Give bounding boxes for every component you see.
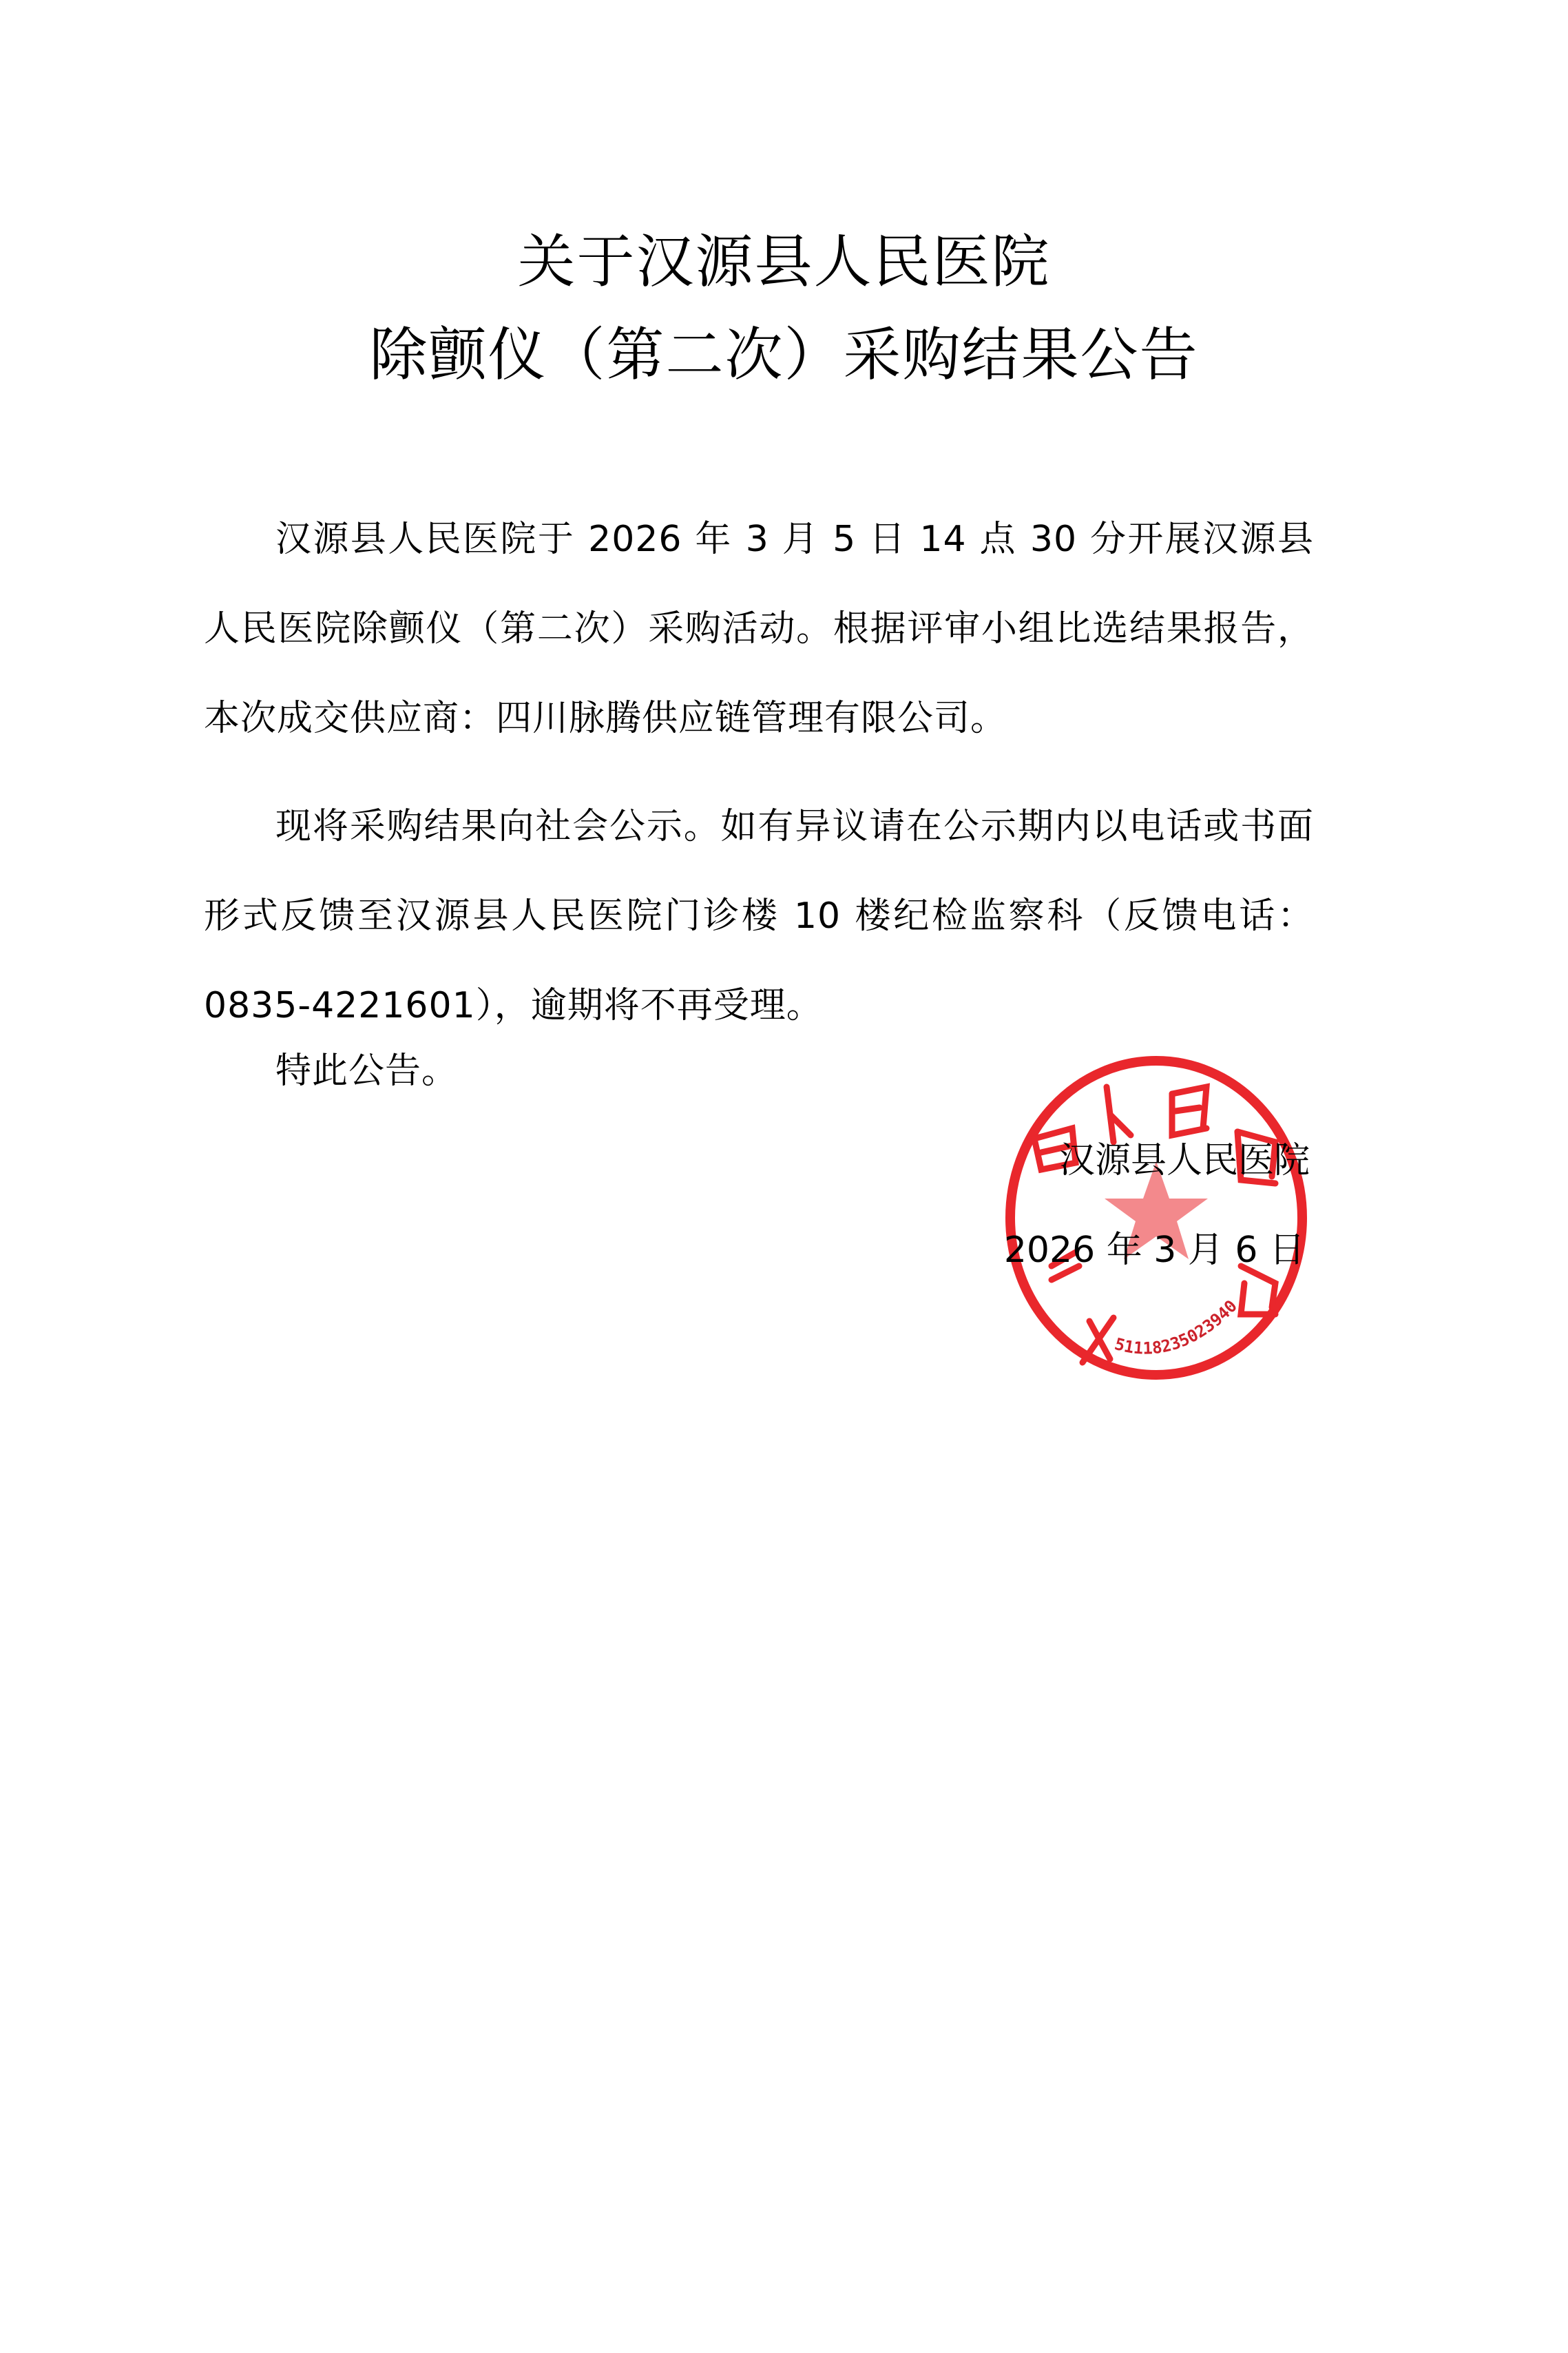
official-seal-icon: 51118235023940 xyxy=(1000,1046,1313,1383)
title-line-2: 除颤仪（第二次）采购结果公告 xyxy=(0,320,1568,389)
document-page: 关于汉源县人民医院 除颤仪（第二次）采购结果公告 汉源县人民医院于 2026 年… xyxy=(0,0,1568,2353)
signature-organization: 汉源县人民医院 xyxy=(1059,1137,1310,1185)
paragraph-procurement-result: 汉源县人民医院于 2026 年 3 月 5 日 14 点 30 分开展汉源县人民… xyxy=(204,495,1314,763)
paragraph-objection-notice: 现将采购结果向社会公示。如有异议请在公示期内以电话或书面形式反馈至汉源县人民医院… xyxy=(204,782,1314,1050)
svg-text:51118235023940: 51118235023940 xyxy=(1113,1296,1242,1358)
stamp-serial-number: 51118235023940 xyxy=(1113,1296,1242,1358)
title-line-1: 关于汉源县人民医院 xyxy=(0,227,1568,296)
signature-date: 2026 年 3 月 6 日 xyxy=(1004,1226,1305,1274)
